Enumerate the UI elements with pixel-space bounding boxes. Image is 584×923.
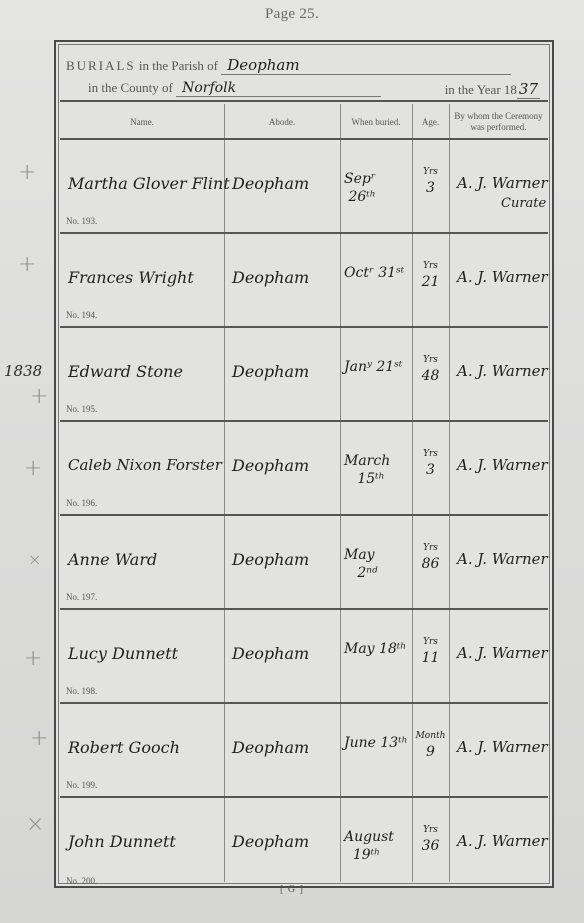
table-row: Frances WrightNo. 194. Deopham Octʳ 31ˢᵗ… <box>60 236 548 328</box>
entry-officiant-title: Curate <box>501 196 546 211</box>
entry-age-unit: Yrs <box>412 540 449 556</box>
entry-name: Anne Ward <box>68 550 157 569</box>
margin-tick-mark: + <box>18 160 36 185</box>
entry-burial-date: Janʸ 21ˢᵗ <box>344 358 402 376</box>
entry-age-unit: Yrs <box>412 634 449 650</box>
entry-age-unit: Yrs <box>412 446 449 462</box>
table-row: Anne WardNo. 197. Deopham May 2ⁿᵈ Yrs86 … <box>60 518 548 610</box>
entry-abode: Deopham <box>232 550 309 569</box>
entry-officiant: A. J. Warner <box>457 456 548 474</box>
year-label: in the Year 18 <box>445 82 517 97</box>
entry-officiant: A. J. Warner <box>457 550 548 568</box>
table-row: Edward StoneNo. 195. Deopham Janʸ 21ˢᵗ Y… <box>60 330 548 422</box>
entry-age-unit: Yrs <box>412 352 449 368</box>
column-header-abode: Abode. <box>224 104 340 140</box>
entry-name: Lucy Dunnett <box>68 644 178 663</box>
county-line: in the County of Norfolk <box>88 80 381 97</box>
entry-officiant: A. J. Warner <box>457 268 548 286</box>
column-header-age: Age. <box>412 104 449 140</box>
margin-tick-mark: × <box>26 812 44 837</box>
margin-tick-mark: × <box>28 550 41 569</box>
margin-year-note: 1838 <box>4 362 42 380</box>
entry-number: No. 195. <box>66 404 97 414</box>
margin-tick-mark: + <box>24 646 42 671</box>
county-field: Norfolk <box>176 80 381 97</box>
entry-burial-date: Octʳ 31ˢᵗ <box>344 264 404 282</box>
entry-age: 21 <box>422 274 440 290</box>
entry-burial-date: March 15ᵗʰ <box>344 452 390 488</box>
entry-name: Caleb Nixon Forster <box>68 456 222 474</box>
county-label: in the County of <box>88 80 173 95</box>
entry-officiant: A. J. Warner <box>457 738 548 756</box>
table-row: Martha Glover FlintNo. 193. Deopham Sepʳ… <box>60 142 548 234</box>
entry-number: No. 194. <box>66 310 97 320</box>
entry-age-unit: Month <box>412 728 449 744</box>
entry-name: Martha Glover Flint <box>68 174 230 193</box>
entry-officiant: A. J. Warner <box>457 362 548 380</box>
page-number: Page 25. <box>0 6 584 23</box>
entry-age: 36 <box>422 838 440 854</box>
parish-field: Deopham <box>221 56 511 75</box>
table-row: Robert GoochNo. 199. Deopham June 13ᵗʰ M… <box>60 706 548 798</box>
column-header-name: Name. <box>60 104 224 140</box>
entry-abode: Deopham <box>232 644 309 663</box>
entry-burial-date: June 13ᵗʰ <box>344 734 408 752</box>
entry-age: 9 <box>426 744 435 760</box>
entry-burial-date: May 2ⁿᵈ <box>344 546 378 582</box>
entry-officiant: A. J. Warner <box>457 832 548 850</box>
register-table: Name. Abode. When buried. Age. By whom t… <box>60 104 548 882</box>
margin-tick-mark: + <box>30 384 48 409</box>
column-header-officiant: By whom the Ceremony was performed. <box>449 104 548 140</box>
entry-age-unit: Yrs <box>412 258 449 274</box>
entry-burial-date: August 19ᵗʰ <box>344 828 394 864</box>
entry-name: John Dunnett <box>68 832 176 851</box>
table-row: John DunnettNo. 200. Deopham August 19ᵗʰ… <box>60 800 548 892</box>
entry-age: 3 <box>426 180 435 196</box>
entry-officiant: A. J. Warner <box>457 644 548 662</box>
entry-age-unit: Yrs <box>412 822 449 838</box>
entry-abode: Deopham <box>232 456 309 475</box>
year-field: 37 <box>517 80 540 99</box>
entry-name: Frances Wright <box>68 268 194 287</box>
entry-number: No. 196. <box>66 498 97 508</box>
entry-number: No. 198. <box>66 686 97 696</box>
entry-abode: Deopham <box>232 362 309 381</box>
burial-register: BURIALS in the Parish of Deopham in the … <box>54 40 554 888</box>
column-header-when-buried: When buried. <box>340 104 412 140</box>
entry-burial-date: May 18ᵗʰ <box>344 640 406 658</box>
entry-age: 86 <box>422 556 440 572</box>
margin-tick-mark: + <box>24 456 42 481</box>
margin-tick-mark: + <box>30 726 48 751</box>
entry-age: 11 <box>422 650 440 666</box>
entry-number: No. 199. <box>66 780 97 790</box>
entry-name: Edward Stone <box>68 362 183 381</box>
entry-number: No. 197. <box>66 592 97 602</box>
parish-line: BURIALS in the Parish of Deopham <box>66 56 511 75</box>
entry-officiant: A. J. Warner <box>457 174 548 192</box>
entry-abode: Deopham <box>232 174 309 193</box>
entry-number: No. 193. <box>66 216 97 226</box>
entry-age-unit: Yrs <box>412 164 449 180</box>
table-row: Lucy DunnettNo. 198. Deopham May 18ᵗʰ Yr… <box>60 612 548 704</box>
entry-name: Robert Gooch <box>68 738 180 757</box>
register-type: BURIALS <box>66 58 136 73</box>
margin-tick-mark: + <box>18 252 36 277</box>
parish-label: in the Parish of <box>139 58 218 73</box>
register-title-block: BURIALS in the Parish of Deopham in the … <box>60 46 548 102</box>
printer-signature-mark: [ G ] <box>0 884 584 895</box>
entry-age: 48 <box>422 368 440 384</box>
entry-abode: Deopham <box>232 738 309 757</box>
year-line: in the Year 1837 <box>445 80 540 98</box>
entry-abode: Deopham <box>232 832 309 851</box>
table-row: Caleb Nixon ForsterNo. 196. Deopham Marc… <box>60 424 548 516</box>
entry-age: 3 <box>426 462 435 478</box>
entry-burial-date: Sepʳ 26ᵗʰ <box>344 170 376 206</box>
entry-abode: Deopham <box>232 268 309 287</box>
table-header: Name. Abode. When buried. Age. By whom t… <box>60 104 548 140</box>
